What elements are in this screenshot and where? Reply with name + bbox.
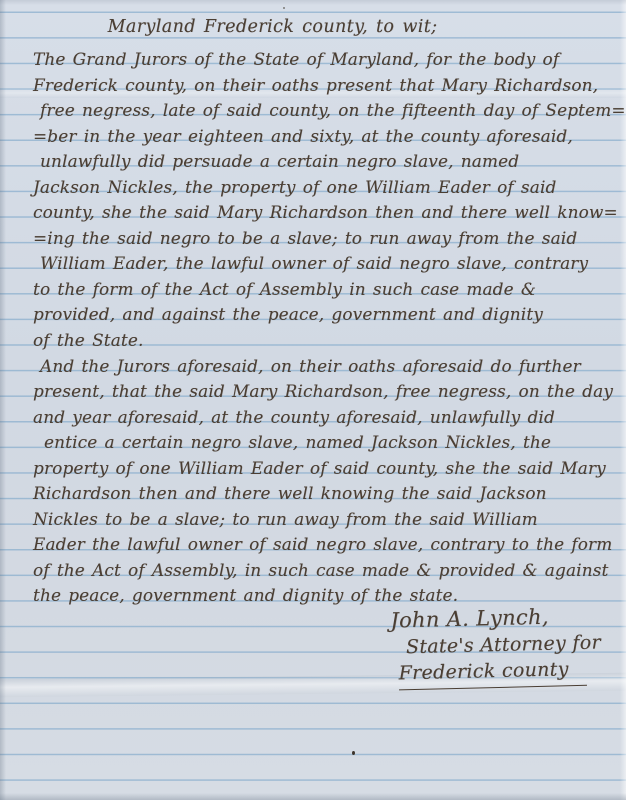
text-line: =ber in the year eighteen and sixty, at … [33, 124, 622, 150]
text-line: Jackson Nickles, the property of one Wil… [33, 175, 622, 201]
text-line: present, that the said Mary Richardson, … [33, 379, 622, 405]
paper-edge-bottom [0, 793, 626, 800]
text-line: =ing the said negro to be a slave; to ru… [33, 226, 622, 252]
paper-edge-top [0, 0, 626, 5]
text-line: of the State. [33, 328, 622, 354]
text-line: and year aforesaid, at the county afores… [33, 405, 622, 431]
text-line: And the Jurors aforesaid, on their oaths… [33, 354, 622, 380]
ink-speck [283, 7, 285, 9]
text-line: county, she the said Mary Richardson the… [33, 200, 622, 226]
text-line: Frederick county, on their oaths present… [33, 73, 622, 99]
signature-place: Frederick county [391, 655, 602, 690]
signature-place-text: Frederick county [398, 656, 587, 690]
text-line: provided, and against the peace, governm… [33, 302, 622, 328]
ink-speck [352, 751, 355, 755]
text-line: entice a certain negro slave, named Jack… [33, 430, 622, 456]
text-line: property of one William Eader of said co… [33, 456, 622, 482]
paper-edge-left [0, 0, 6, 800]
text-line: to the form of the Act of Assembly in su… [33, 277, 622, 303]
text-line: Nickles to be a slave; to run away from … [33, 507, 622, 533]
document-body: The Grand Jurors of the State of Marylan… [33, 47, 622, 609]
text-line: unlawfully did persuade a certain negro … [33, 149, 622, 175]
text-line: Richardson then and there well knowing t… [33, 481, 622, 507]
text-line: William Eader, the lawful owner of said … [33, 251, 622, 277]
signature-block: John A. Lynch, State's Attorney for Fred… [390, 602, 602, 690]
manuscript-page: Maryland Frederick county, to wit; The G… [0, 0, 626, 800]
text-line: of the Act of Assembly, in such case mad… [33, 558, 622, 584]
document-heading: Maryland Frederick county, to wit; [0, 17, 545, 37]
text-line: Eader the lawful owner of said negro sla… [33, 532, 622, 558]
text-line: free negress, late of said county, on th… [33, 98, 622, 124]
text-line: The Grand Jurors of the State of Marylan… [33, 47, 622, 73]
